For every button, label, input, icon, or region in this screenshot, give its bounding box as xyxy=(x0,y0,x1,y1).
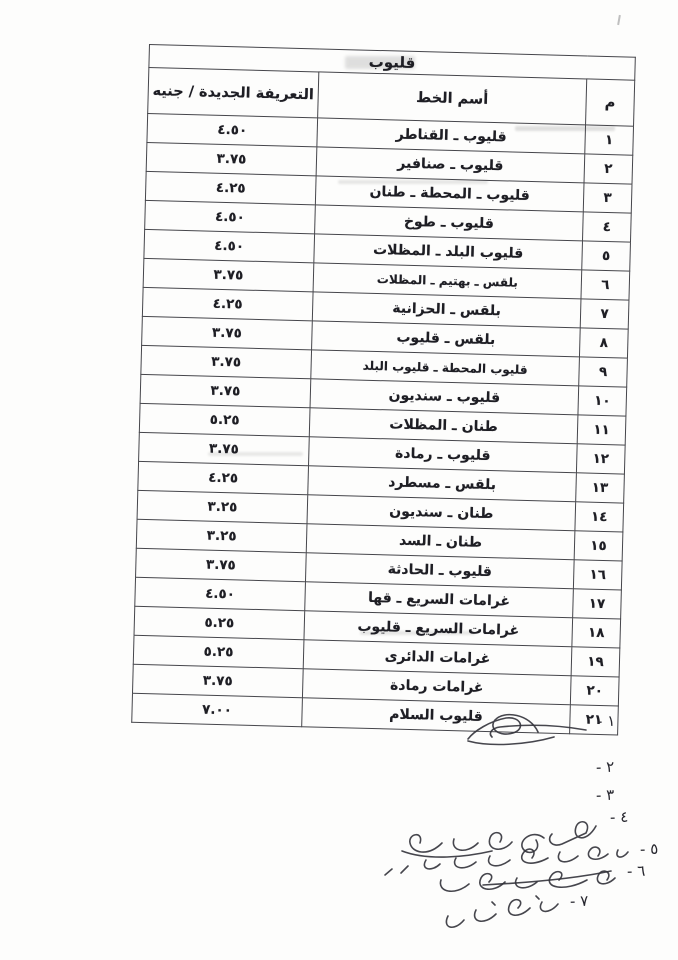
serial-cell: ١٨ xyxy=(572,618,621,648)
tariff-cell: ٣.٧٥ xyxy=(139,432,310,465)
handwritten-note-number: ٢ - xyxy=(595,758,614,777)
handwritten-note-number: ٣ - xyxy=(595,786,614,805)
serial-cell: ١٣ xyxy=(576,473,625,503)
tariff-cell: ٤.٢٥ xyxy=(138,461,309,494)
serial-cell: ٩ xyxy=(579,357,628,387)
tariff-cell: ٤.٥٠ xyxy=(147,113,318,146)
serial-cell: ٨ xyxy=(579,328,628,358)
tariff-document: قليوب م أسم الخط التعريفة الجديدة / جنيه… xyxy=(132,44,636,735)
serial-cell: ٣ xyxy=(583,183,632,213)
column-header-line-name: أسم الخط xyxy=(318,72,587,125)
serial-cell: ٤ xyxy=(582,212,631,242)
column-header-tariff: التعريفة الجديدة / جنيه xyxy=(148,67,319,117)
serial-cell: ١٠ xyxy=(578,386,627,416)
handwritten-note-line: ٢ - xyxy=(596,758,614,776)
signature-scribble xyxy=(440,706,590,746)
handwritten-note-number: ١ - xyxy=(596,712,615,731)
tariff-cell: ٤.٢٥ xyxy=(142,287,313,320)
tariff-cell: ٥.٢٥ xyxy=(139,403,310,436)
serial-cell: ١ xyxy=(585,125,634,155)
handwritten-note-number: ٤ - xyxy=(609,808,628,827)
tariff-cell: ٤.٥٠ xyxy=(145,200,316,233)
handwritten-note-line: ٣ - xyxy=(596,786,614,804)
serial-cell: ١١ xyxy=(577,415,626,445)
tariff-cell: ٤.٥٠ xyxy=(144,229,315,262)
handwritten-note-number: ٦ - xyxy=(626,862,645,881)
tariff-cell: ٣.٧٥ xyxy=(142,316,313,349)
tariff-cell: ٧.٠٠ xyxy=(132,693,303,726)
column-header-serial: م xyxy=(586,79,635,126)
tariff-cell: ٣.٧٥ xyxy=(140,374,311,407)
tariff-cell: ٣.٧٥ xyxy=(146,142,317,175)
tariff-cell: ٣.٢٥ xyxy=(136,519,307,552)
serial-cell: ١٦ xyxy=(573,560,622,590)
tariff-table: قليوب م أسم الخط التعريفة الجديدة / جنيه… xyxy=(131,44,636,736)
tariff-cell: ٥.٢٥ xyxy=(134,606,305,639)
tariff-cell: ٤.٢٥ xyxy=(145,171,316,204)
handwritten-note-number: ٧ - xyxy=(569,892,588,911)
serial-cell: ١٢ xyxy=(576,444,625,474)
scan-artifact xyxy=(617,15,621,25)
serial-cell: ١٩ xyxy=(571,647,620,677)
serial-cell: ٥ xyxy=(582,241,631,271)
serial-cell: ١٥ xyxy=(574,531,623,561)
tariff-cell: ٣.٧٥ xyxy=(132,664,303,697)
serial-cell: ١٧ xyxy=(573,589,622,619)
handwritten-note-line: ٧ - xyxy=(438,892,588,936)
tariff-cell: ٣.٧٥ xyxy=(141,345,312,378)
tariff-cell: ٣.٢٥ xyxy=(137,490,308,523)
serial-cell: ٧ xyxy=(580,299,629,329)
table-body: ١قليوب ـ القناطر٤.٥٠٢قليوب ـ صنافير٣.٧٥٣… xyxy=(132,113,634,735)
serial-cell: ٢٠ xyxy=(570,676,619,706)
tariff-cell: ٣.٧٥ xyxy=(136,548,307,581)
serial-cell: ٢ xyxy=(584,154,633,184)
handwritten-note-line: ١ - xyxy=(440,712,615,746)
serial-cell: ١٤ xyxy=(575,502,624,532)
signature-scribble xyxy=(438,892,563,936)
tariff-cell: ٣.٧٥ xyxy=(143,258,314,291)
scanned-document-page: قليوب م أسم الخط التعريفة الجديدة / جنيه… xyxy=(0,0,678,960)
handwritten-note-number: ٥ - xyxy=(639,840,658,859)
tariff-cell: ٥.٢٥ xyxy=(133,635,304,668)
tariff-cell: ٤.٥٠ xyxy=(135,577,306,610)
serial-cell: ٦ xyxy=(581,270,630,300)
